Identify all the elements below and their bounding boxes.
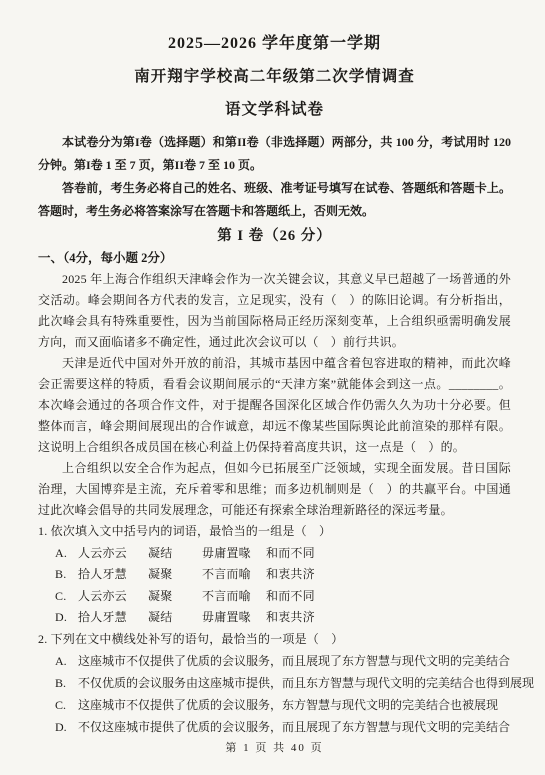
option-word: 人云亦云	[78, 586, 148, 608]
question-1-option-c: C. 人云亦云 凝聚 不言而喻 和而不同	[38, 586, 511, 608]
question-2-option-c: C. 这座城市不仅提供了优质的会议服务，东方智慧与现代文明的完美结合也被展现	[38, 694, 511, 716]
exam-term-title: 2025—2026 学年度第一学期	[38, 34, 511, 54]
option-word: 毋庸置喙	[202, 543, 266, 565]
option-word: 拾人牙慧	[78, 564, 148, 586]
exam-notice-paragraph-2: 答卷前，考生务必将自己的姓名、班级、准考证号填写在试卷、答题纸和答题卡上。答题时…	[38, 177, 511, 223]
option-word: 凝聚	[148, 586, 202, 608]
option-word: 和衷共济	[266, 607, 315, 629]
passage-paragraph-1: 2025 年上海合作组织天津峰会作为一次关键会议，其意义早已超越了一场普通的外交…	[38, 269, 511, 353]
exam-subject-title: 语文学科试卷	[38, 100, 511, 120]
exam-notice-paragraph-1: 本试卷分为第I卷（选择题）和第II卷（非选择题）两部分，共 100 分，考试用时…	[38, 131, 511, 177]
question-2-option-b: B. 不仅优质的会议服务由这座城市提供，而且东方智慧与现代文明的完美结合也得到展…	[38, 672, 511, 694]
question-1-option-a: A. 人云亦云 凝结 毋庸置喙 和而不同	[38, 543, 511, 565]
option-letter: B.	[55, 564, 78, 586]
option-word: 拾人牙慧	[78, 607, 148, 629]
question-2-option-a: A. 这座城市不仅提供了优质的会议服务，而且展现了东方智慧与现代文明的完美结合	[38, 650, 511, 672]
section-1-title: 第 I 卷（26 分）	[38, 225, 511, 247]
option-letter: D.	[55, 716, 78, 738]
option-word: 人云亦云	[78, 543, 148, 565]
option-word: 凝聚	[148, 564, 202, 586]
part-one-heading: 一、（4分，每小题 2分）	[38, 247, 511, 269]
option-word: 和而不同	[266, 543, 315, 565]
exam-paper-page: 2025—2026 学年度第一学期 南开翔宇学校高二年级第二次学情调查 语文学科…	[0, 0, 545, 775]
question-2-option-d: D. 不仅这座城市提供了优质的会议服务，而且展现了东方智慧与现代文明的完美结合	[38, 716, 511, 738]
option-letter: A.	[55, 543, 78, 565]
option-word: 不言而喻	[202, 586, 266, 608]
option-letter: A.	[55, 650, 78, 672]
option-letter: B.	[55, 672, 78, 694]
option-word: 凝结	[148, 607, 202, 629]
option-word: 不言而喻	[202, 564, 266, 586]
question-2-stem: 2. 下列在文中横线处补写的语句，最恰当的一项是（ ）	[38, 629, 511, 651]
option-word: 和而不同	[266, 586, 315, 608]
option-word: 和衷共济	[266, 564, 315, 586]
option-letter: C.	[55, 586, 78, 608]
passage-paragraph-3: 上合组织以安全合作为起点，但如今已拓展至广泛领域，实现全面发展。昔日国际治理，大…	[38, 458, 511, 521]
question-1-stem: 1. 依次填入文中括号内的词语，最恰当的一组是（ ）	[38, 521, 511, 543]
exam-name-title: 南开翔宇学校高二年级第二次学情调查	[38, 67, 511, 87]
option-text: 这座城市不仅提供了优质的会议服务，而且展现了东方智慧与现代文明的完美结合	[78, 650, 510, 672]
option-letter: C.	[55, 694, 78, 716]
question-1-option-d: D. 拾人牙慧 凝结 毋庸置喙 和衷共济	[38, 607, 511, 629]
page-number: 第 1 页 共 40 页	[38, 741, 511, 756]
question-1-option-b: B. 拾人牙慧 凝聚 不言而喻 和衷共济	[38, 564, 511, 586]
option-word: 凝结	[148, 543, 202, 565]
option-letter: D.	[55, 607, 78, 629]
option-text: 这座城市不仅提供了优质的会议服务，东方智慧与现代文明的完美结合也被展现	[78, 694, 498, 716]
option-text: 不仅这座城市提供了优质的会议服务，而且展现了东方智慧与现代文明的完美结合	[78, 716, 510, 738]
passage-paragraph-2: 天津是近代中国对外开放的前沿，其城市基因中蕴含着包容进取的精神，而此次峰会正需要…	[38, 353, 511, 458]
option-text: 不仅优质的会议服务由这座城市提供，而且东方智慧与现代文明的完美结合也得到展现	[78, 672, 534, 694]
option-word: 毋庸置喙	[202, 607, 266, 629]
